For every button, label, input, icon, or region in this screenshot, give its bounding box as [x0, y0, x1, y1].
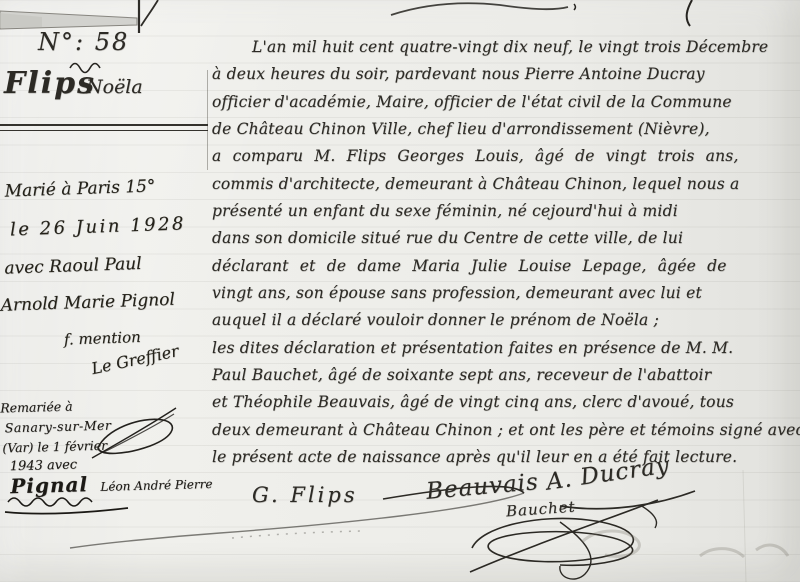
signature-father: G. Flips [252, 483, 358, 507]
act-text-line: présenté un enfant du sexe féminin, né c… [212, 198, 800, 225]
act-number: N°: 58 [38, 28, 129, 56]
margin-note-line: Remariée à [0, 399, 73, 416]
margin-note-marriage: Marié à Paris 15° le 26 Juin 1928 avec R… [0, 172, 224, 395]
remarriage-husband-surname: Pignal [10, 472, 88, 498]
act-text-line: déclarant et de dame Maria Julie Louise … [212, 253, 800, 280]
register-page-scan: N°: 58 Flips Noëla Marié à Paris 15° le … [0, 0, 800, 582]
margin-note-line: (Var) le 1 février [2, 438, 107, 456]
ducray-signature-flourish [560, 491, 695, 528]
margin-note-line: f. mention [64, 328, 141, 349]
act-text-line: le présent acte de naissance après qu'il… [212, 444, 800, 471]
remarriage-husband-given-names: Léon André Pierre [100, 477, 212, 494]
illegible-margin-scribble [5, 498, 128, 514]
act-text-line: L'an mil huit cent quatre-vingt dix neuf… [212, 34, 800, 61]
top-flourish [391, 3, 576, 15]
margin-note-remarriage: Remariée à Sanary-sur-Mer (Var) le 1 fév… [0, 394, 190, 399]
top-right-pen-stroke [687, 0, 692, 26]
act-text-line: officier d'académie, Maire, officier de … [212, 89, 800, 116]
act-text-line: et Théophile Beauvais, âgé de vingt cinq… [212, 389, 800, 416]
margin-note-line: Arnold Marie Pignol [0, 290, 175, 316]
margin-note-line: Marié à Paris 15° [4, 176, 155, 201]
signature-witness-bauchet: Bauchet [505, 498, 576, 521]
act-text-line: vingt ans, son épouse sans profession, d… [212, 280, 800, 307]
act-text-line: Paul Bauchet, âgé de soixante sept ans, … [212, 362, 800, 389]
margin-note-line: avec Raoul Paul [4, 254, 142, 279]
act-text-line: dans son domicile situé rue du Centre de… [212, 225, 800, 252]
act-text-line: a comparu M. Flips Georges Louis, âgé de… [212, 143, 800, 170]
signature-witness-beauvais: Beauvais [425, 469, 540, 505]
faint-dotted-mark [232, 531, 362, 538]
child-given-name: Noëla [86, 76, 143, 98]
act-text-line: de Château Chinon Ville, chef lieu d'arr… [212, 116, 800, 143]
act-text-line: auquel il a déclaré vouloir donner le pr… [212, 307, 800, 334]
bleedthrough-marks [582, 470, 788, 582]
header-double-rule [0, 124, 208, 131]
act-text-line: à deux heures du soir, pardevant nous Pi… [212, 61, 800, 88]
act-text-line: deux demeurant à Château Chinon ; et ont… [212, 417, 800, 444]
child-surname: Flips [4, 66, 96, 101]
act-text-line: les dites déclaration et présentation fa… [212, 335, 800, 362]
act-body-text: L'an mil huit cent quatre-vingt dix neuf… [212, 34, 800, 472]
act-text-line: commis d'architecte, demeurant à Château… [212, 171, 800, 198]
margin-note-line: Sanary-sur-Mer [5, 418, 112, 436]
margin-note-line: le 26 Juin 1928 [10, 213, 187, 240]
